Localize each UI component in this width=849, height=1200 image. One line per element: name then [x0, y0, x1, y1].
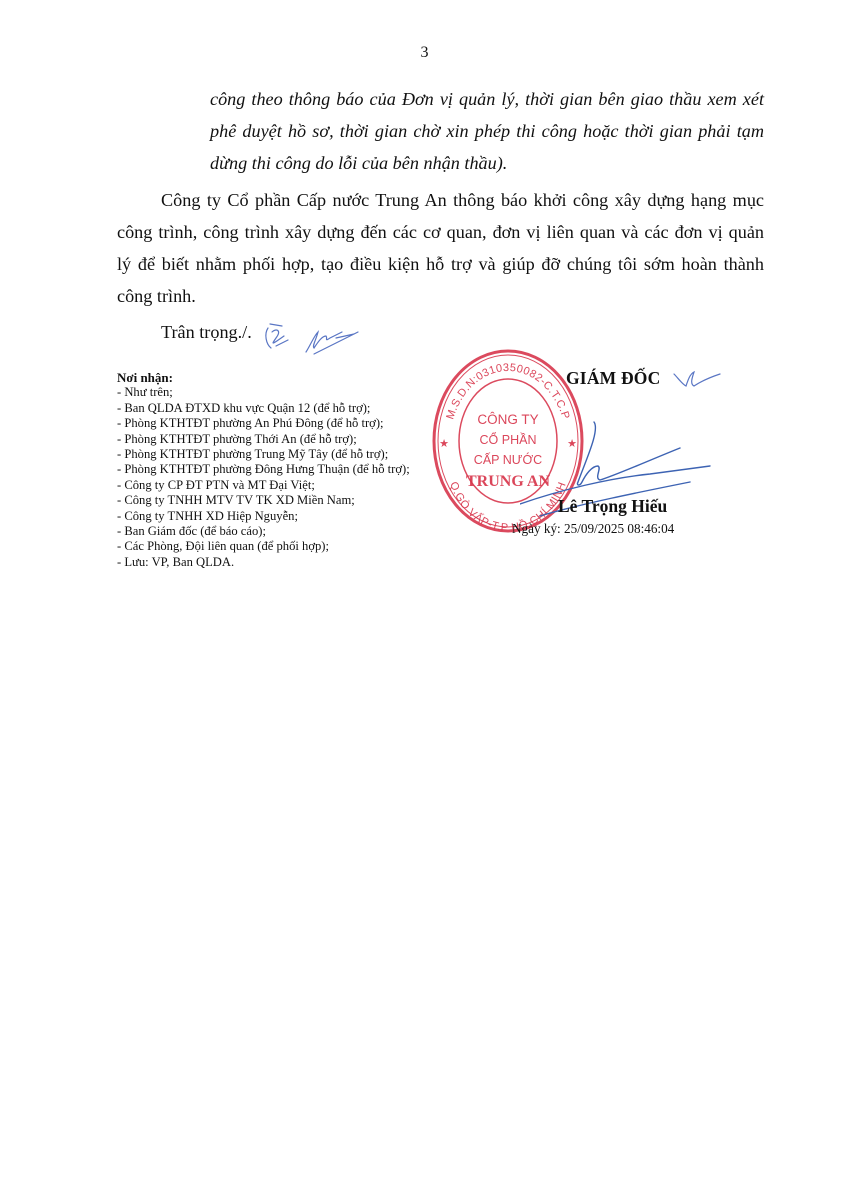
signer-name: Lê Trọng Hiếu [558, 496, 667, 517]
recipient-item: - Phòng KTHTĐT phường Đông Hưng Thuận (đ… [117, 462, 410, 477]
recipients-list: Nơi nhận: - Như trên; - Ban QLDA ĐTXD kh… [117, 370, 410, 570]
signer-role: GIÁM ĐỐC [566, 368, 660, 389]
text-line: công theo thông báo của Đơn vị quản lý, … [210, 84, 764, 116]
recipient-item: - Các Phòng, Đội liên quan (để phối hợp)… [117, 539, 410, 554]
text-line: phê duyệt hồ sơ, thời gian chờ xin phép … [210, 116, 764, 148]
body-paragraph: Công ty Cổ phần Cấp nước Trung An thông … [117, 184, 764, 312]
initials-signature-icon [262, 318, 362, 358]
text-line: dừng thi công do lỗi của bên nhận thầu). [210, 148, 764, 180]
recipient-item: - Phòng KTHTĐT phường Trung Mỹ Tây (để h… [117, 447, 410, 462]
recipients-title: Nơi nhận: [117, 370, 410, 385]
signing-date: Ngày ký: 25/09/2025 08:46:04 [512, 521, 674, 537]
recipient-item: - Ban Giám đốc (để báo cáo); [117, 524, 410, 539]
recipient-item: - Lưu: VP, Ban QLDA. [117, 555, 410, 570]
stamp-star-left: ★ [439, 438, 449, 450]
recipient-item: - Như trên; [117, 385, 410, 400]
recipient-item: - Công ty TNHH MTV TV TK XD Miền Nam; [117, 493, 410, 508]
page-number: 3 [0, 44, 849, 62]
closing-remark: Trân trọng./. [161, 316, 252, 348]
role-initial-signature-icon [672, 368, 722, 392]
text-line: công trình. [117, 280, 764, 312]
text-line: Công ty Cổ phần Cấp nước Trung An thông … [117, 184, 764, 216]
text-line: lý để biết nhằm phối hợp, tạo điều kiện … [117, 248, 764, 280]
italic-paragraph: công theo thông báo của Đơn vị quản lý, … [210, 84, 764, 179]
recipient-item: - Phòng KTHTĐT phường Thới An (để hỗ trợ… [117, 432, 410, 447]
recipient-item: - Ban QLDA ĐTXD khu vực Quận 12 (để hỗ t… [117, 401, 410, 416]
text-line: công trình, công trình xây dựng đến các … [117, 216, 764, 248]
recipient-item: - Phòng KTHTĐT phường An Phú Đông (để hỗ… [117, 416, 410, 431]
recipient-item: - Công ty CP ĐT PTN và MT Đại Việt; [117, 478, 410, 493]
recipient-item: - Công ty TNHH XD Hiệp Nguyễn; [117, 509, 410, 524]
